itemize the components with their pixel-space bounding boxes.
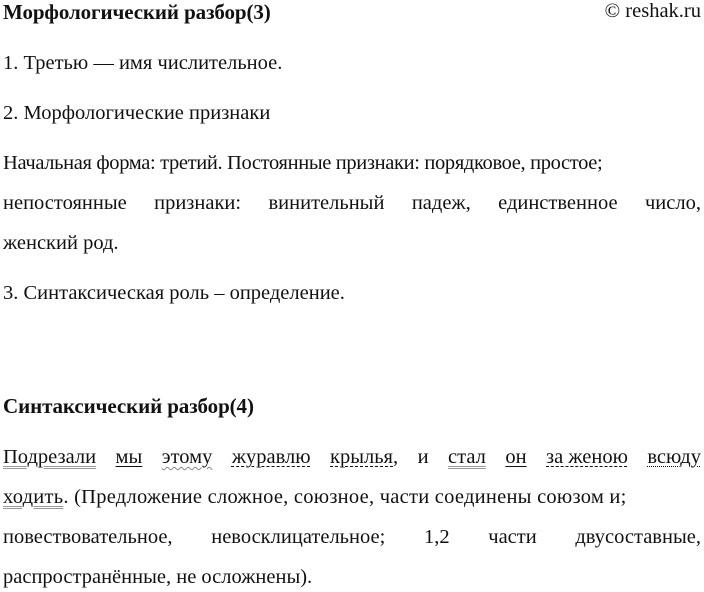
sentence-word-none: и bbox=[418, 446, 429, 469]
morph-features-line-1: Начальная форма: третий. Постоянные приз… bbox=[3, 152, 602, 175]
sentence-line-3: повествовательное,невосклицательное;1,2ч… bbox=[3, 526, 701, 549]
sentence-line-4: распространённые, не осложнены). bbox=[3, 566, 312, 589]
word: части bbox=[488, 526, 536, 549]
sentence-word-predicate: Подрезали bbox=[3, 446, 96, 469]
sentence-line-2: ходить. (Предложение сложное, союзное, ч… bbox=[3, 486, 627, 509]
word: единственное bbox=[498, 192, 617, 215]
sentence-line-1: Подрезалимыэтомужуравлюкрылья,исталонза … bbox=[3, 446, 701, 469]
sentence-word-predicate: стал bbox=[448, 446, 486, 469]
sentence-word-object: за женою bbox=[546, 446, 628, 469]
sentence-word-object: журавлю bbox=[232, 446, 311, 469]
morph-features-line-2: непостоянныепризнаки:винительныйпадеж,ед… bbox=[3, 192, 701, 215]
morph-item-3: 3. Синтаксическая роль – определение. bbox=[3, 282, 345, 305]
morph-heading: Морфологический разбор(3) bbox=[3, 0, 271, 25]
sentence-word-object: крылья, bbox=[330, 446, 398, 469]
word: признаки: bbox=[154, 192, 241, 215]
synt-heading: Синтаксический разбор(4) bbox=[3, 394, 254, 419]
word: число, bbox=[645, 192, 701, 215]
sentence-word-subject: мы bbox=[116, 446, 143, 469]
sentence-word-adverbial: всюду bbox=[647, 446, 701, 469]
sentence-word-attribute: этому bbox=[162, 446, 213, 469]
word: двусоставные, bbox=[575, 526, 701, 549]
morph-item-2: 2. Морфологические признаки bbox=[3, 102, 270, 125]
word: винительный bbox=[268, 192, 384, 215]
word: падеж, bbox=[412, 192, 471, 215]
word: невосклицательное; bbox=[211, 526, 385, 549]
watermark: © reshak.ru bbox=[605, 0, 701, 23]
sentence-analysis-start: . (Предложение сложное, союзное, части с… bbox=[63, 486, 626, 508]
predicate-word: ходить bbox=[3, 486, 63, 508]
morph-features-line-3: женский род. bbox=[3, 232, 119, 255]
sentence-word-subject: он bbox=[505, 446, 526, 469]
word: непостоянные bbox=[3, 192, 127, 215]
word: повествовательное, bbox=[3, 526, 173, 549]
morph-item-1: 1. Третью — имя числительное. bbox=[3, 52, 282, 75]
word: 1,2 bbox=[424, 526, 450, 549]
